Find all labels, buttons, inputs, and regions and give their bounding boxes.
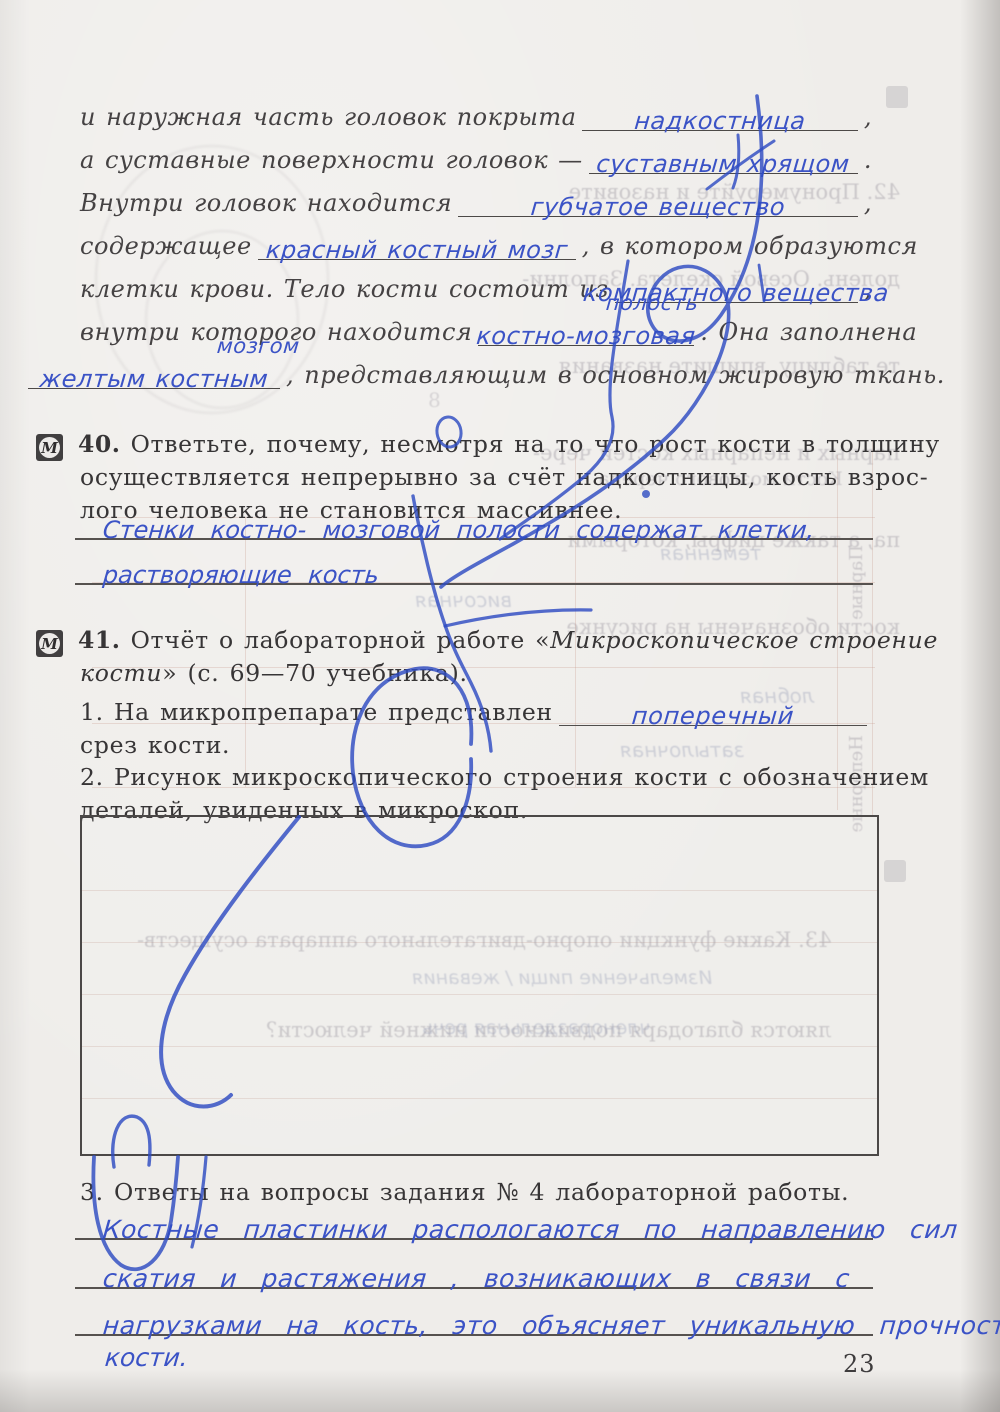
printed-text: Внутри головок находится [80,189,452,217]
m-marker-letter: М [39,437,60,458]
bleed-digit: 8 [428,388,441,412]
handwritten-answer-above: полость [605,291,700,315]
bleed-marker-icon [886,86,908,108]
task40-line2: осуществляется непрерывно за счёт надкос… [80,463,928,491]
fill-line: а суставные поверхности головок — сустав… [80,145,872,174]
handwritten-answer: желтым костным [39,365,270,393]
bleed-hw-line: членораздельная речь [421,1017,652,1039]
item1-line: 1. На микропрепарате представлен попереч… [80,698,873,726]
fill-line: содержащее красный костный мозг , в кото… [80,231,872,260]
handwritten-answer: надкостница [633,107,807,135]
fill-line: и наружная часть головок покрыта надкост… [80,102,872,131]
task40-number: 40. [78,430,120,458]
item1-cont: срез кости. [80,731,230,759]
m-marker-icon: М [36,434,63,461]
printed-text: а суставные поверхности головок — [80,146,583,174]
bleed-hw-line: Измельчение пищи / жевания [411,967,713,989]
page-number: 23 [843,1350,876,1378]
answer-blank: красный костный мозг [258,231,576,260]
fill-line: желтым костным мозгом , представляющим в… [28,360,872,389]
m-marker-letter: М [39,633,60,654]
printed-text: . Она заполнена [700,318,917,346]
task41-text: » (с. 69—70 учебника). [162,659,467,687]
task41-line2: кости» (с. 69—70 учебника). [80,659,468,687]
bleed-marker-icon [884,860,906,882]
answer-blank: суставным хрящом [589,145,858,174]
bleed-line-text: 43. Какие функции опорно-двигательного а… [137,925,832,955]
task41-text: Отчёт о лабораторной работе « [131,626,551,654]
answer-rule: скатия и растяжения , возникающих в связ… [75,1237,873,1289]
handwritten-answer: костно-мозговая [476,322,697,350]
handwritten-answer-above: мозгом [216,334,301,358]
answer-rule: растворяющие кость [75,537,873,585]
answer-blank: костно-мозговая полость [478,317,694,346]
handwritten-answer: растворяющие кость [102,561,380,589]
item2-line1: 2. Рисунок микроскопического строения ко… [80,763,929,791]
answer-blank: желтым костным мозгом [28,360,280,389]
handwritten-answer: красный костный мозг [265,236,569,264]
fill-line: клетки крови. Тело кости состоит из комп… [80,274,872,303]
task41-line1: 41. Отчёт о лабораторной работе «Микроск… [78,626,938,654]
handwritten-answer: поперечный [631,702,796,730]
task40-line1: 40. Ответьте, почему, несмотря на то что… [78,430,940,458]
printed-text: , [864,103,872,131]
handwritten-answer: губчатое вещество [530,193,787,221]
answer-blank: поперечный [559,698,867,726]
printed-text: клетки крови. Тело кости состоит из [80,275,609,303]
answer-blank: надкостница [582,102,857,131]
printed-text: . [864,146,872,174]
answer-blank: губчатое вещество [458,188,858,217]
answer-rule: Стенки костно- мозговой полости содержат… [75,492,873,540]
answer-rule: нагрузками на кость, это объясняет уника… [75,1284,873,1336]
answer-rule: Костные пластинки распологаются по напра… [75,1186,873,1240]
drawing-box: 43. Какие функции опорно-двигательного а… [80,815,879,1156]
task40-text: Ответьте, почему, несмотря на то что рос… [131,430,940,458]
handwritten-answer: нагрузками на кость, это объясняет уника… [102,1311,1000,1340]
m-marker-icon: М [36,630,63,657]
task41-number: 41. [78,626,120,654]
printed-text: содержащее [80,232,252,260]
handwritten-answer: суставным хрящом [596,150,852,178]
workbook-page: 42. Пронумеруйте и назовите долень. Осев… [0,0,1000,1412]
handwritten-answer: кости. [104,1343,189,1372]
printed-text: , [864,189,872,217]
printed-text: , в котором образуются [582,232,918,260]
fill-line: Внутри головок находится губчатое вещест… [80,188,872,217]
task41-title-italic: кости [80,659,162,687]
fill-line: внутри которого находится костно-мозгова… [80,317,872,346]
task41-title-italic: Микроскопическое строение [550,626,938,654]
bleed-hw-word: височная [414,588,513,612]
printed-text: , представляющим в основном жировую ткан… [286,361,945,389]
printed-text: 1. На микропрепарате представлен [80,698,553,726]
printed-text: и наружная часть головок покрыта [80,103,576,131]
